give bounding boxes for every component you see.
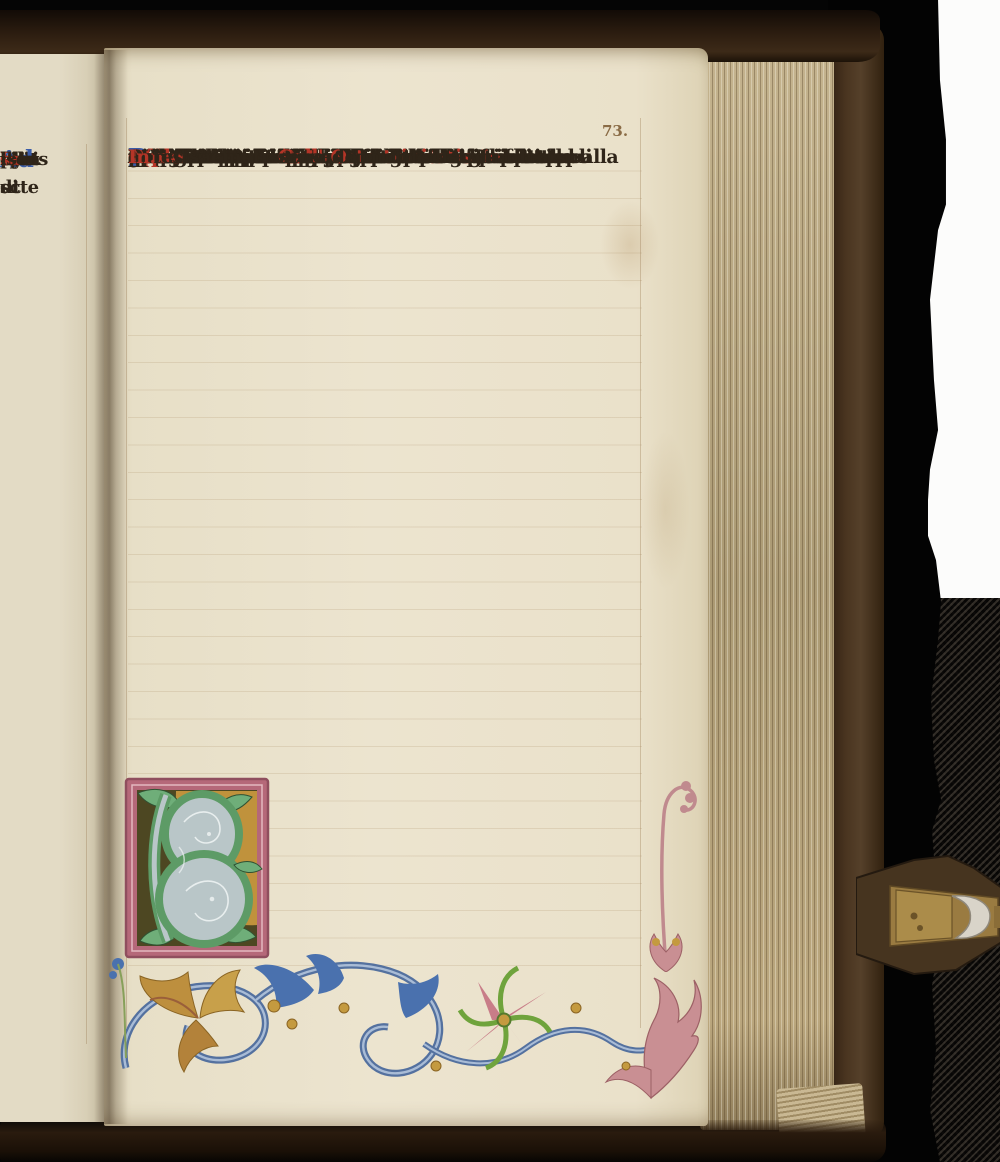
ruling-line bbox=[86, 144, 87, 1044]
parchment-stain bbox=[640, 430, 690, 590]
left-page-line-fragment: ise bbox=[0, 146, 6, 174]
folio-number: 73. bbox=[602, 122, 628, 140]
manuscript-photo: 73. t diantoditpaiamiuitforesonanoscioAd… bbox=[0, 0, 1000, 1162]
manuscript-line: sene do qui dedisti famlis bbox=[128, 144, 278, 171]
manuscript-text-segment: sene do qui dedisti famlis bbox=[278, 144, 542, 171]
page-fore-edge-stack bbox=[700, 38, 834, 1130]
book-cover-bottom-edge bbox=[0, 1120, 886, 1162]
left-page-sliver bbox=[0, 54, 108, 1122]
floral-border-decoration bbox=[106, 948, 706, 1123]
book-clasp bbox=[856, 854, 1000, 976]
illuminated-initial-B bbox=[124, 777, 270, 959]
margin-stem-decoration bbox=[640, 766, 704, 972]
